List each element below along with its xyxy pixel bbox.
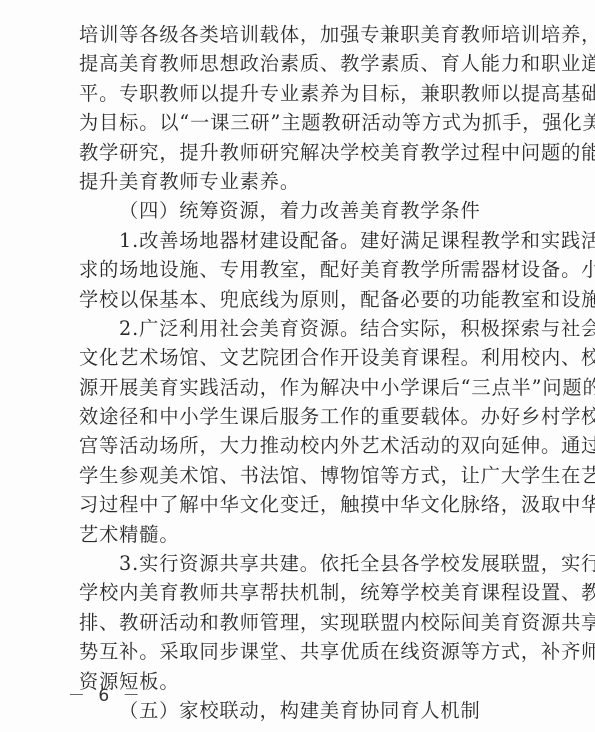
paragraph-start-3: 3.实行资源共享共建。依托全县各学校发展联盟，实行联盟 [79,549,523,578]
body-line: 培训等各级各类培训载体，加强专兼职美育教师培训培养，全面 [79,20,523,49]
body-line: 求的场地设施、专用教室，配好美育教学所需器材设备。小规模 [79,255,523,284]
document-page: 培训等各级各类培训载体，加强专兼职美育教师培训培养，全面 提高美育教师思想政治素… [79,20,523,725]
body-line: 习过程中了解中华文化变迁，触摸中华文化脉络，汲取中华文化 [79,490,523,519]
body-line: 资源短板。 [79,667,523,696]
body-line: 源开展美育实践活动，作为解决中小学课后“三点半”问题的有 [79,373,523,402]
section-heading-5: （五）家校联动，构建美育协同育人机制 [79,696,523,725]
body-line: 艺术精髓。 [79,520,523,549]
body-line: 势互补。采取同步课堂、共享优质在线资源等方式，补齐师资和 [79,637,523,666]
body-line: 为目标。以“一课三研”主题教研活动等方式为抓手，强化美育 [79,108,523,137]
paragraph-start-2: 2.广泛利用社会美育资源。结合实际，积极探索与社会公共 [79,314,523,343]
body-line: 宫等活动场所，大力推动校内外艺术活动的双向延伸。通过组织 [79,431,523,460]
body-line: 效途径和中小学生课后服务工作的重要载体。办好乡村学校少年 [79,402,523,431]
body-line: 学生参观美术馆、书法馆、博物馆等方式，让广大学生在艺术学 [79,461,523,490]
body-line: 文化艺术场馆、文艺院团合作开设美育课程。利用校内、校外资 [79,343,523,372]
paragraph-start-1: 1.改善场地器材建设配备。建好满足课程教学和实践活动需 [79,226,523,255]
page-number: － 6 － [68,681,144,706]
body-line: 提高美育教师思想政治素质、教学素质、育人能力和职业道德水 [79,49,523,78]
body-line: 学校以保基本、兜底线为原则，配备必要的功能教室和设施设备。 [79,285,523,314]
section-heading-4: （四）统筹资源，着力改善美育教学条件 [79,196,523,225]
body-line: 学校内美育教师共享帮扶机制，统筹学校美育课程设置、教学安 [79,578,523,607]
body-line: 提升美育教师专业素养。 [79,167,523,196]
body-line: 教学研究，提升教师研究解决学校美育教学过程中问题的能力， [79,138,523,167]
body-line: 平。专职教师以提升专业素养为目标，兼职教师以提高基础能力 [79,79,523,108]
body-line: 排、教研活动和教师管理，实现联盟内校际间美育资源共享、优 [79,608,523,637]
